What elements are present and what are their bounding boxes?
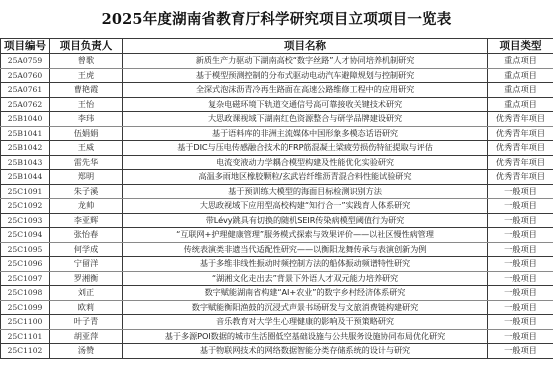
project-code-cell: 25C1092 [1,199,50,214]
project-code-cell: 25A0761 [1,83,50,98]
project-type-cell: 一般项目 [488,257,553,272]
table-header-row: 项目编号 项目负责人 项目名称 项目类型 [1,39,553,54]
table-row: 25C1091朱子溪基于预训练大模型的海面目标检测识别方法一般项目 [1,184,553,199]
project-type-cell: 一般项目 [488,184,553,199]
project-leader-cell: 雷先华 [50,155,123,170]
project-leader-cell: 李亚辉 [50,213,123,228]
project-code-cell: 25C1093 [1,213,50,228]
project-name-cell: 电流变液动力学耦合模型构建及性能优化实验研究 [123,155,488,170]
table-row: 25B1041伍娟娟基于语料库的非洲主流媒体中国形象多模态话语研究优秀青年项目 [1,126,553,141]
table-row: 25B1040李玮大思政课视域下湖南红色资源整合与研学品牌建设研究优秀青年项目 [1,112,553,127]
header-project-type: 项目类型 [488,39,553,54]
project-code-cell: 25A0759 [1,54,50,69]
table-row: 25C1097罗湘衡“湖湘文化走出去”背景下外语人才双元能力培养研究一般项目 [1,271,553,286]
table-row: 25C1096宁留洋基于多维非线性振动时频控制方法的船体振动频谱特性研究一般项目 [1,257,553,272]
header-project-name: 项目名称 [123,39,488,54]
project-type-cell: 一般项目 [488,286,553,301]
project-leader-cell: 叶子青 [50,315,123,330]
project-name-cell: 新质生产力驱动下湖南高校“数字丝路”人才协同培养机制研究 [123,54,488,69]
table-row: 25C1093李亚辉带Lévy跳具有切换的随机SEIR传染病模型阈值行为研究一般… [1,213,553,228]
header-project-code: 项目编号 [1,39,50,54]
project-type-cell: 一般项目 [488,213,553,228]
table-row: 25C1095何学成传统表演类非遗当代适配性研究——以衡阳龙舞传承与表演创新为例… [1,242,553,257]
project-type-cell: 优秀青年项目 [488,112,553,127]
project-name-cell: 全深式泡沫沥青冷再生路面在高速公路维修工程中的应用研究 [123,83,488,98]
table-row: 25B1043雷先华电流变液动力学耦合模型构建及性能优化实验研究优秀青年项目 [1,155,553,170]
project-name-cell: 传统表演类非遗当代适配性研究——以衡阳龙舞传承与表演创新为例 [123,242,488,257]
project-leader-cell: 伍娟娟 [50,126,123,141]
project-code-cell: 25C1097 [1,271,50,286]
project-name-cell: 复杂电磁环境下轨道交通信号高可靠接收关键技术研究 [123,97,488,112]
table-row: 25C1102汤赞基于物联网技术的网络数据智能分类存储系统的设计与研究一般项目 [1,344,553,359]
table-row: 25C1099欧莉数字赋能衡阳渔鼓的沉浸式声景书场研发与文旅消费链构建研究一般项… [1,300,553,315]
project-leader-cell: 刘正 [50,286,123,301]
project-name-cell: 基于预训练大模型的海面目标检测识别方法 [123,184,488,199]
project-code-cell: 25C1091 [1,184,50,199]
project-leader-cell: 王虎 [50,68,123,83]
project-code-cell: 25B1043 [1,155,50,170]
header-project-leader: 项目负责人 [50,39,123,54]
project-name-cell: 基于多维非线性振动时频控制方法的船体振动频谱特性研究 [123,257,488,272]
project-type-cell: 重点项目 [488,68,553,83]
project-type-cell: 重点项目 [488,54,553,69]
project-code-cell: 25C1095 [1,242,50,257]
project-type-cell: 一般项目 [488,242,553,257]
project-leader-cell: 龙帅 [50,199,123,214]
project-leader-cell: 罗湘衡 [50,271,123,286]
project-type-cell: 重点项目 [488,83,553,98]
project-code-cell: 25B1040 [1,112,50,127]
project-code-cell: 25C1101 [1,329,50,344]
project-name-cell: 音乐教育对大学生心理健康的影响及干预策略研究 [123,315,488,330]
project-name-cell: 基于物联网技术的网络数据智能分类存储系统的设计与研究 [123,344,488,359]
project-type-cell: 一般项目 [488,199,553,214]
project-type-cell: 一般项目 [488,315,553,330]
project-type-cell: 优秀青年项目 [488,126,553,141]
table-row: 25C1101胡亚萍基于多源POI数据的城市生活圈低空基础设施与公共服务设施协同… [1,329,553,344]
project-leader-cell: 曾歌 [50,54,123,69]
project-table: 项目编号 项目负责人 项目名称 项目类型 25A0759曾歌新质生产力驱动下湖南… [0,38,553,359]
project-type-cell: 一般项目 [488,271,553,286]
project-code-cell: 25C1099 [1,300,50,315]
table-row: 25A0759曾歌新质生产力驱动下湖南高校“数字丝路”人才协同培养机制研究重点项… [1,54,553,69]
project-name-cell: “湖湘文化走出去”背景下外语人才双元能力培养研究 [123,271,488,286]
table-row: 25C1098刘正数字赋能湖南省构建“AI+农业”的数字乡村经济体系研究一般项目 [1,286,553,301]
table-row: 25A0761曹艳霞全深式泡沫沥青冷再生路面在高速公路维修工程中的应用研究重点项… [1,83,553,98]
project-code-cell: 25C1098 [1,286,50,301]
project-leader-cell: 胡亚萍 [50,329,123,344]
table-row: 25C1092龙帅大思政视域下应用型高校构建“知行合一”实践育人体系研究一般项目 [1,199,553,214]
project-code-cell: 25C1100 [1,315,50,330]
project-code-cell: 25B1042 [1,141,50,156]
project-code-cell: 25C1102 [1,344,50,359]
table-row: 25B1042王威基于DIC与压电传感融合技术的FRP筋混凝土梁疲劳损伤特征提取… [1,141,553,156]
project-type-cell: 优秀青年项目 [488,170,553,185]
project-name-cell: 高温多雨地区橡胶颗粒/玄武岩纤维沥青混合料性能试验研究 [123,170,488,185]
project-name-cell: 基于模型预测控制的分布式驱动电动汽车避障规划与控制研究 [123,68,488,83]
project-leader-cell: 郑明 [50,170,123,185]
project-name-cell: 数字赋能衡阳渔鼓的沉浸式声景书场研发与文旅消费链构建研究 [123,300,488,315]
project-name-cell: 大思政课视域下湖南红色资源整合与研学品牌建设研究 [123,112,488,127]
project-leader-cell: 曹艳霞 [50,83,123,98]
project-leader-cell: 朱子溪 [50,184,123,199]
project-leader-cell: 王威 [50,141,123,156]
project-code-cell: 25A0762 [1,97,50,112]
project-code-cell: 25B1041 [1,126,50,141]
project-name-cell: 基于DIC与压电传感融合技术的FRP筋混凝土梁疲劳损伤特征提取与评估 [123,141,488,156]
project-type-cell: 一般项目 [488,344,553,359]
project-code-cell: 25C1094 [1,228,50,243]
table-row: 25C1094张怡春“互联网+护理健康管理”服务模式探索与效果评价——以社区慢性… [1,228,553,243]
project-name-cell: 带Lévy跳具有切换的随机SEIR传染病模型阈值行为研究 [123,213,488,228]
project-leader-cell: 宁留洋 [50,257,123,272]
project-type-cell: 重点项目 [488,97,553,112]
project-type-cell: 一般项目 [488,329,553,344]
project-leader-cell: 何学成 [50,242,123,257]
table-row: 25C1100叶子青音乐教育对大学生心理健康的影响及干预策略研究一般项目 [1,315,553,330]
project-name-cell: 基于多源POI数据的城市生活圈低空基础设施与公共服务设施协同布局优化研究 [123,329,488,344]
project-leader-cell: 王怡 [50,97,123,112]
project-type-cell: 优秀青年项目 [488,141,553,156]
project-leader-cell: 李玮 [50,112,123,127]
project-name-cell: 数字赋能湖南省构建“AI+农业”的数字乡村经济体系研究 [123,286,488,301]
table-row: 25B1044郑明高温多雨地区橡胶颗粒/玄武岩纤维沥青混合料性能试验研究优秀青年… [1,170,553,185]
project-type-cell: 一般项目 [488,300,553,315]
project-leader-cell: 欧莉 [50,300,123,315]
project-type-cell: 一般项目 [488,228,553,243]
project-leader-cell: 汤赞 [50,344,123,359]
project-name-cell: “互联网+护理健康管理”服务模式探索与效果评价——以社区慢性病管理 [123,228,488,243]
project-leader-cell: 张怡春 [50,228,123,243]
project-type-cell: 优秀青年项目 [488,155,553,170]
table-row: 25A0760王虎基于模型预测控制的分布式驱动电动汽车避障规划与控制研究重点项目 [1,68,553,83]
table-row: 25A0762王怡复杂电磁环境下轨道交通信号高可靠接收关键技术研究重点项目 [1,97,553,112]
project-name-cell: 大思政视域下应用型高校构建“知行合一”实践育人体系研究 [123,199,488,214]
project-code-cell: 25C1096 [1,257,50,272]
project-name-cell: 基于语料库的非洲主流媒体中国形象多模态话语研究 [123,126,488,141]
page-title: 2025年度湖南省教育厅科学研究项目立项项目一览表 [0,8,553,29]
project-code-cell: 25B1044 [1,170,50,185]
project-code-cell: 25A0760 [1,68,50,83]
